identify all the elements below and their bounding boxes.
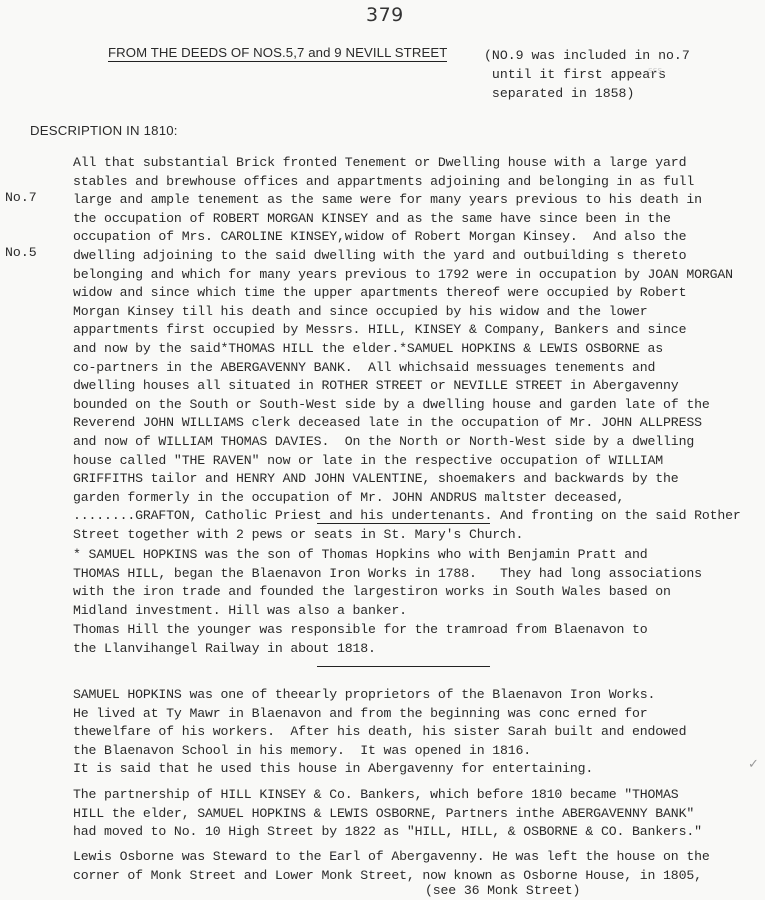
text-line: garden formerly in the occupation of Mr.… [73, 489, 741, 508]
text-line: the Blaenavon School in his memory. It w… [73, 742, 686, 761]
margin-label-no7: No.7 [5, 190, 37, 205]
text-line: the Llanvihangel Railway in about 1818. [73, 640, 648, 659]
text-line: stables and brewhouse offices and appart… [73, 173, 741, 192]
text-line: SAMUEL HOPKINS was one of theearly propr… [73, 686, 686, 705]
text-line: belonging and which for many years previ… [73, 266, 741, 285]
text-line: appartments first occupied by Messrs. HI… [73, 321, 741, 340]
margin-label-no5: No.5 [5, 245, 37, 260]
text-line: Midland investment. Hill was also a bank… [73, 602, 702, 621]
footnote-paragraph: * SAMUEL HOPKINS was the son of Thomas H… [73, 546, 702, 620]
document-title: FROM THE DEEDS OF NOS.5,7 and 9 NEVILL S… [108, 45, 447, 62]
page-number: 379 [366, 4, 404, 26]
document-page: 379 FROM THE DEEDS OF NOS.5,7 and 9 NEVI… [0, 0, 765, 900]
text-line: and now by the said*THOMAS HILL the elde… [73, 340, 741, 359]
divider-1 [317, 523, 490, 524]
text-line: house called "THE RAVEN" now or late in … [73, 452, 741, 471]
text-line: HILL the elder, SAMUEL HOPKINS & LEWIS O… [73, 805, 702, 824]
text-line: dwelling adjoining to the said dwelling … [73, 247, 741, 266]
text-line: Reverend JOHN WILLIAMS clerk deceased la… [73, 414, 741, 433]
text-line: thewelfare of his workers. After his dea… [73, 723, 686, 742]
hopkins-paragraph: SAMUEL HOPKINS was one of theearly propr… [73, 686, 686, 779]
text-line: All that substantial Brick fronted Tenem… [73, 154, 741, 173]
text-line: had moved to No. 10 High Street by 1822 … [73, 823, 702, 842]
text-line: He lived at Ty Mawr in Blaenavon and fro… [73, 705, 686, 724]
see-also-reference: (see 36 Monk Street) [425, 884, 580, 898]
text-line: co-partners in the ABERGAVENNY BANK. All… [73, 359, 741, 378]
text-line: Street together with 2 pews or seats in … [73, 526, 741, 545]
text-line: large and ample tenement as the same wer… [73, 191, 741, 210]
text-line: Thomas Hill the younger was responsible … [73, 621, 648, 640]
text-line: GRIFFITHS tailor and HENRY AND JOHN VALE… [73, 470, 741, 489]
osborne-paragraph: Lewis Osborne was Steward to the Earl of… [73, 848, 710, 885]
text-line: dwelling houses all situated in ROTHER S… [73, 377, 741, 396]
section-heading: DESCRIPTION IN 1810: [30, 123, 178, 138]
text-line: widow and since which time the upper apa… [73, 284, 741, 303]
text-line: bounded on the South or South-West side … [73, 396, 741, 415]
text-line: occupation of Mrs. CAROLINE KINSEY,widow… [73, 228, 741, 247]
text-line: The partnership of HILL KINSEY & Co. Ban… [73, 786, 702, 805]
text-line: Lewis Osborne was Steward to the Earl of… [73, 848, 710, 867]
footnote-tramroad-paragraph: Thomas Hill the younger was responsible … [73, 621, 648, 658]
text-line: It is said that he used this house in Ab… [73, 760, 686, 779]
check-mark-icon: ✓ [748, 757, 759, 772]
text-line: THOMAS HILL, began the Blaenavon Iron Wo… [73, 565, 702, 584]
text-line: Morgan Kinsey till his death and since o… [73, 303, 741, 322]
partnership-paragraph: The partnership of HILL KINSEY & Co. Ban… [73, 786, 702, 842]
text-line: the occupation of ROBERT MORGAN KINSEY a… [73, 210, 741, 229]
faint-mark: sss [648, 66, 662, 76]
text-line: and now of WILLIAM THOMAS DAVIES. On the… [73, 433, 741, 452]
text-line: with the iron trade and founded the larg… [73, 583, 702, 602]
divider-2 [317, 666, 490, 667]
description-paragraph: All that substantial Brick fronted Tenem… [73, 154, 741, 544]
text-line: * SAMUEL HOPKINS was the son of Thomas H… [73, 546, 702, 565]
text-line: corner of Monk Street and Lower Monk Str… [73, 867, 710, 886]
